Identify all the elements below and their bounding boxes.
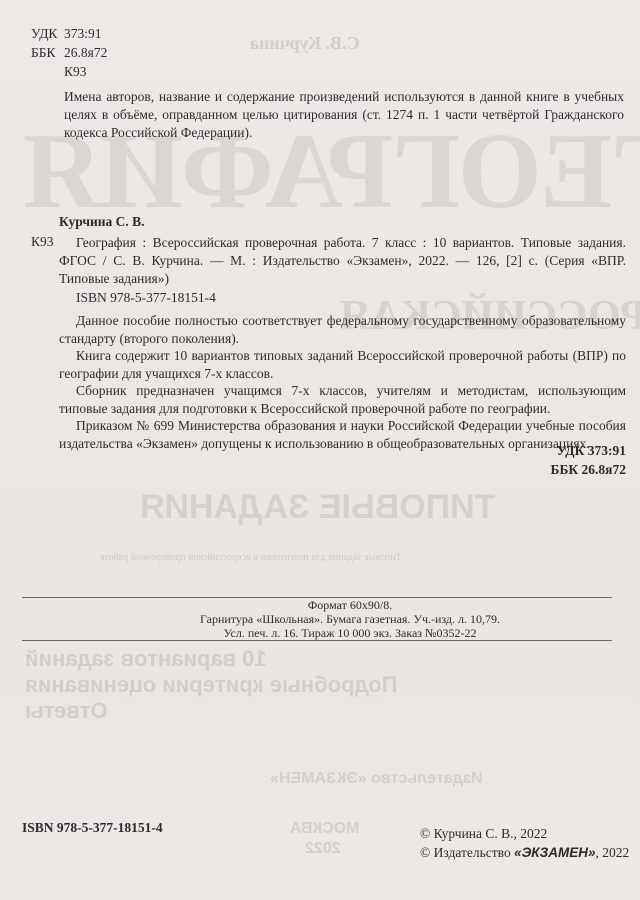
publisher-brand: «ЭКЗАМЕН»: [514, 845, 595, 860]
udk-row: УДК 373:91: [31, 24, 107, 43]
copyright-author: © Курчина С. В., 2022: [420, 824, 629, 843]
copyright-publisher-suffix: , 2022: [596, 845, 630, 860]
annotation-paragraph: Данное пособие полностью соответствует ф…: [59, 312, 626, 347]
annotation-paragraph: Приказом № 699 Министерства образования …: [59, 417, 626, 452]
imprint-print: Усл. печ. л. 16. Тираж 10 000 экз. Заказ…: [150, 626, 550, 640]
bibliographic-record: География : Всероссийская проверочная ра…: [59, 234, 626, 288]
udk-label: УДК: [31, 24, 64, 43]
copyright-publisher-prefix: © Издательство: [420, 845, 514, 860]
copyright-publisher: © Издательство «ЭКЗАМЕН», 2022: [420, 843, 629, 862]
annotation-paragraph: Сборник предназначен учащимся 7-х классо…: [59, 382, 626, 417]
imprint: Формат 60x90/8. Гарнитура «Школьная». Бу…: [150, 598, 550, 640]
imprint-bottom-rule: [22, 640, 612, 641]
bbk-label: ББК: [31, 43, 64, 62]
bbk-value: 26.8я72: [64, 43, 107, 62]
udk-right: УДК 373:91: [551, 441, 626, 460]
imprint-typeface: Гарнитура «Школьная». Бумага газетная. У…: [150, 612, 550, 626]
imprint-format: Формат 60x90/8.: [150, 598, 550, 612]
bbk-right: ББК 26.8я72: [551, 460, 626, 479]
copyright-disclaimer: Имена авторов, название и содержание про…: [64, 88, 624, 142]
annotation-paragraph: Книга содержит 10 вариантов типовых зада…: [59, 347, 626, 382]
footer-isbn: ISBN 978-5-377-18151-4: [22, 820, 163, 836]
bibliographic-isbn: ISBN 978-5-377-18151-4: [76, 290, 216, 306]
bibliographic-mark: К93: [31, 234, 54, 250]
udk-value: 373:91: [64, 24, 102, 43]
annotation: Данное пособие полностью соответствует ф…: [59, 312, 626, 452]
author-mark-row: К93: [31, 62, 107, 81]
classification-block: УДК 373:91 ББК 26.8я72 К93: [31, 24, 107, 81]
bibliographic-author: Курчина С. В.: [59, 214, 145, 230]
classification-right: УДК 373:91 ББК 26.8я72: [551, 441, 626, 479]
copyright-block: © Курчина С. В., 2022 © Издательство «ЭК…: [420, 824, 629, 862]
bbk-row: ББК 26.8я72: [31, 43, 107, 62]
author-mark: К93: [64, 62, 87, 81]
